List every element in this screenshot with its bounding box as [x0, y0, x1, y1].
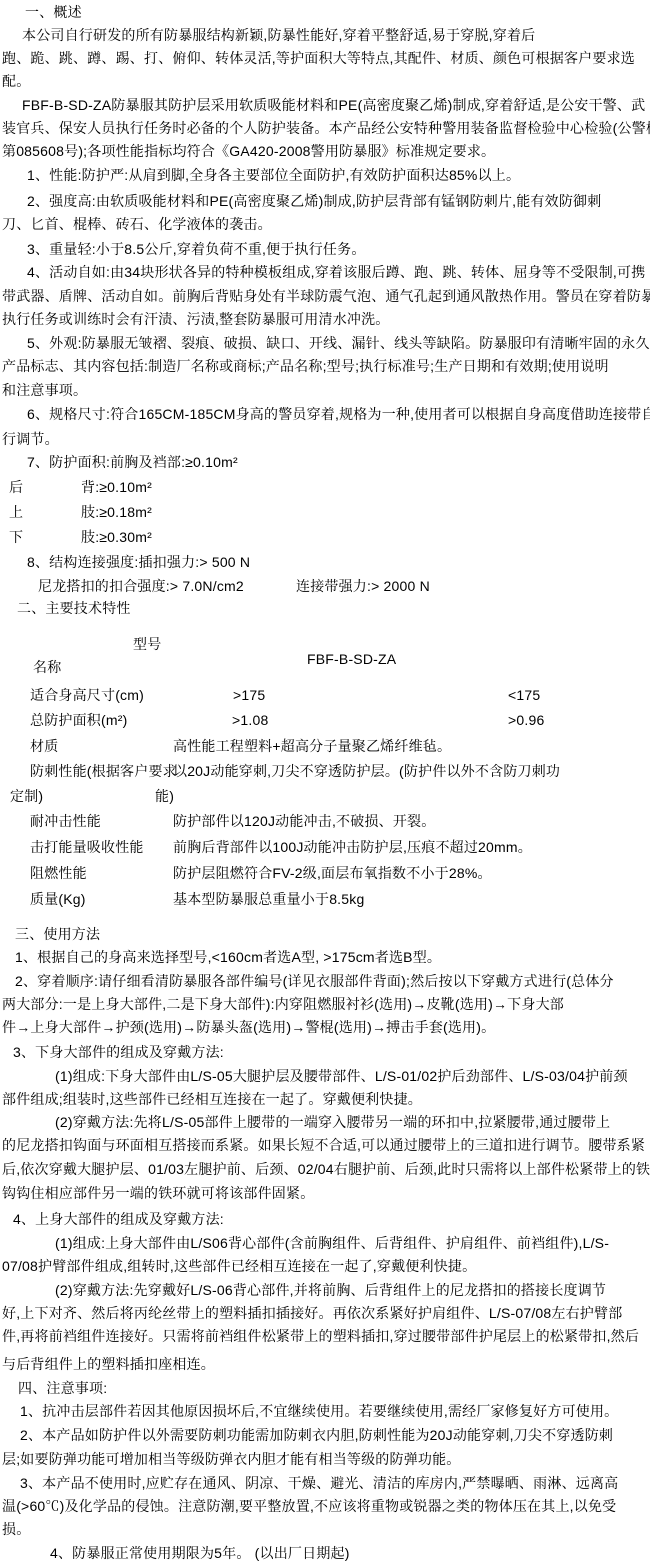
text-segment: (2)穿戴方法:先穿戴好L/S-06背心部件,并将前胸、后背组件上的尼龙搭扣的搭…: [55, 1281, 606, 1299]
text-line: 配。: [0, 72, 650, 92]
text-segment: (1)组成:上身大部件由L/S06背心部件(含前胸组件、后背组件、护肩组件、前裆…: [55, 1234, 609, 1252]
text-segment: 部件组成;组装时,这些部件已经相互连接在一起了。穿戴便利快捷。: [2, 1090, 422, 1108]
text-line: 钩钩住相应部件另一端的铁环就可将该部件固紧。: [0, 1184, 650, 1204]
text-segment: >1.08: [232, 711, 268, 729]
text-line: 2、穿着顺序:请仔细看清防暴服各部件编号(详见衣服部件背面);然后按以下穿戴方式…: [0, 972, 650, 992]
text-segment: 跑、跪、跳、蹲、踢、打、俯仰、转体灵活,等护面积大等特点,其配件、材质、颜色可根…: [2, 49, 635, 67]
text-segment: 钩钩住相应部件另一端的铁环就可将该部件固紧。: [2, 1184, 314, 1202]
text-line: 带武器、盾牌、活动自如。前胸后背贴身处有半球防震气泡、通气孔起到通风散热作用。警…: [0, 287, 650, 307]
text-segment: 二、主要技术特性: [17, 599, 131, 617]
text-line: 2、本产品如防护件以外需要防刺功能需加防刺衣内胆,防刺性能为20J动能穿刺,刀尖…: [0, 1426, 650, 1446]
text-segment: 适合身高尺寸(cm): [30, 686, 144, 704]
text-segment: (2)穿戴方法:先将L/S-05部件上腰带的一端穿入腰带另一端的环扣中,拉紧腰带…: [55, 1113, 610, 1131]
text-segment: 质量(Kg): [30, 890, 86, 908]
text-segment: 阻燃性能: [30, 864, 87, 882]
text-segment: 1、根据自己的身高来选择型号,<160cm者选A型, >175cm者选B型。: [15, 948, 441, 966]
text-segment: FBF-B-SD-ZA防暴服其防护层采用软质吸能材料和PE(高密度聚乙烯)制成,…: [22, 96, 645, 114]
text-segment: (1)组成:下身大部件由L/S-05大腿护层及腰带部件、L/S-01/02护后劲…: [55, 1067, 628, 1085]
text-line: 跑、跪、跳、蹲、踢、打、俯仰、转体灵活,等护面积大等特点,其配件、材质、颜色可根…: [0, 49, 650, 69]
text-line: 件,再将前裆组件连接好。只需将前裆组件松紧带上的塑料插扣,穿过腰带部件护尾层上的…: [0, 1327, 650, 1347]
text-segment: 基本型防暴服总重量小于8.5kg: [173, 890, 364, 908]
text-line: 1、根据自己的身高来选择型号,<160cm者选A型, >175cm者选B型。: [0, 948, 650, 968]
section-title-overview: 一、概述: [0, 3, 650, 23]
text-line: 4、上身大部件的组成及穿戴方法:: [0, 1210, 650, 1230]
text-line: 行调节。: [0, 430, 650, 450]
text-line: 3、下身大部件的组成及穿戴方法:: [0, 1043, 650, 1063]
text-line: 尼龙搭扣的扣合强度:> 7.0N/cm2连接带强力:> 2000 N: [0, 577, 650, 597]
text-line: FBF-B-SD-ZA防暴服其防护层采用软质吸能材料和PE(高密度聚乙烯)制成,…: [0, 96, 650, 116]
text-line: 产品标志、其内容包括:制造厂名称或商标;产品名称;型号;执行标准号;生产日期和有…: [0, 357, 650, 377]
text-segment: 带武器、盾牌、活动自如。前胸后背贴身处有半球防震气泡、通气孔起到通风散热作用。警…: [2, 287, 650, 305]
text-line: 上肢:≥0.18m²: [0, 503, 650, 523]
text-segment: <175: [508, 686, 540, 704]
text-line: 后,依次穿戴大腿护层、01/03左腿护前、后颈、02/04右腿护前、后颈,此时只…: [0, 1160, 650, 1180]
text-segment: 件→上身大部件→护颈(选用)→防暴头盔(选用)→警棍(选用)→搏击手套(选用)。: [2, 1018, 495, 1036]
text-line: (2)穿戴方法:先将L/S-05部件上腰带的一端穿入腰带另一端的环扣中,拉紧腰带…: [0, 1113, 650, 1133]
text-segment: 第085608号);各项性能指标均符合《GA420-2008警用防暴服》标准规定…: [2, 142, 495, 160]
text-segment: 的尼龙搭扣钩面与环面相互搭接而系紧。如果长短不合适,可以通过腰带上的三道扣进行调…: [2, 1136, 645, 1154]
spec-table-row: 质量(Kg)基本型防暴服总重量小于8.5kg: [0, 890, 650, 910]
text-segment: 材质: [30, 737, 58, 755]
text-segment: 产品标志、其内容包括:制造厂名称或商标;产品名称;型号;执行标准号;生产日期和有…: [2, 357, 609, 375]
text-segment: 背:≥0.10m²: [81, 478, 152, 496]
text-segment: 防刺性能(根据客户要求: [30, 762, 177, 780]
text-line: 2、强度高:由软质吸能材料和PE(高密度聚乙烯)制成,防护层背部有锰钢防刺片,能…: [0, 192, 650, 212]
text-line: 3、本产品不使用时,应贮存在通风、阴凉、干燥、避光、清洁的库房内,严禁曝晒、雨淋…: [0, 1474, 650, 1494]
spec-table-header-name: 名称: [0, 658, 650, 678]
text-segment: 7、防护面积:前胸及裆部:≥0.10m²: [27, 453, 238, 471]
text-segment: 尼龙搭扣的扣合强度:> 7.0N/cm2: [38, 577, 244, 595]
text-line: 3、重量轻:小于8.5公斤,穿着负荷不重,便于执行任务。: [0, 240, 650, 260]
text-line: (1)组成:上身大部件由L/S06背心部件(含前胸组件、后背组件、护肩组件、前裆…: [0, 1234, 650, 1254]
spec-table-row: 防刺性能(根据客户要求以20J动能穿刺,刀尖不穿透防护层。(防护件以外不含防刀刺…: [0, 762, 650, 782]
text-segment: 4、防暴服正常使用期限为5年。 (以出厂日期起): [50, 1544, 350, 1562]
text-segment: 耐冲击性能: [30, 812, 101, 830]
text-segment: 层;如要防弹功能可增加相当等级防弹衣内胆才能有相当等级的防弹功能。: [2, 1450, 461, 1468]
text-line: (1)组成:下身大部件由L/S-05大腿护层及腰带部件、L/S-01/02护后劲…: [0, 1067, 650, 1087]
spec-table-row: 适合身高尺寸(cm)>175<175: [0, 686, 650, 706]
text-segment: 后,依次穿戴大腿护层、01/03左腿护前、后颈、02/04右腿护前、后颈,此时只…: [2, 1160, 650, 1178]
text-segment: >175: [233, 686, 265, 704]
text-line: 1、抗冲击层部件若因其他原因损坏后,不宜继续使用。若要继续使用,需经厂家修复好方…: [0, 1402, 650, 1422]
text-line: 损。: [0, 1520, 650, 1540]
text-segment: 和注意事项。: [2, 381, 87, 399]
text-segment: 肢:≥0.18m²: [81, 503, 152, 521]
section-title-usage: 三、使用方法: [0, 925, 650, 945]
text-segment: 1、性能:防护严:从肩到脚,全身各主要部位全面防护,有效防护面积达85%以上。: [27, 166, 520, 184]
text-segment: >0.96: [508, 711, 544, 729]
text-segment: 总防护面积(m²): [30, 711, 127, 729]
text-segment: 与后背组件上的塑料插扣座相连。: [2, 1355, 215, 1373]
text-line: 执行任务或训练时会有汗渍、污渍,整套防暴服可用清水冲洗。: [0, 310, 650, 330]
text-segment: 温(>60℃)及化学品的侵蚀。注意防潮,要平整放置,不应该将重物或锐器之类的物体…: [2, 1497, 616, 1515]
text-line: 层;如要防弹功能可增加相当等级防弹衣内胆才能有相当等级的防弹功能。: [0, 1450, 650, 1470]
text-line: (2)穿戴方法:先穿戴好L/S-06背心部件,并将前胸、后背组件上的尼龙搭扣的搭…: [0, 1281, 650, 1301]
text-segment: 能): [155, 787, 174, 805]
text-segment: 07/08护臂部件组成,组转时,这些部件已经相互连接在一起了,穿戴便利快捷。: [2, 1257, 476, 1275]
text-line: 7、防护面积:前胸及裆部:≥0.10m²: [0, 453, 650, 473]
text-segment: 3、重量轻:小于8.5公斤,穿着负荷不重,便于执行任务。: [27, 240, 366, 258]
page: { "page": { "background": "#ffffff", "te…: [0, 0, 650, 1566]
spec-table-row: 耐冲击性能防护部件以120J动能冲击,不破损、开裂。: [0, 812, 650, 832]
text-segment: 执行任务或训练时会有汗渍、污渍,整套防暴服可用清水冲洗。: [2, 310, 390, 328]
text-line: 4、活动自如:由34块形状各异的特种模板组成,穿着该服后蹲、跑、跳、转体、屈身等…: [0, 263, 650, 283]
section-title-cautions: 四、注意事项:: [0, 1379, 650, 1399]
text-line: 两大部分:一是上身大部件,二是下身大部件):内穿阻燃服衬衫(选用)→皮靴(选用)…: [0, 995, 650, 1015]
spec-table-row: 定制)能): [0, 787, 650, 807]
text-segment: 8、结构连接强度:插扣强力:> 500 N: [27, 553, 250, 571]
text-segment: 2、本产品如防护件以外需要防刺功能需加防刺衣内胆,防刺性能为20J动能穿刺,刀尖…: [20, 1426, 613, 1444]
spec-table-row: 击打能量吸收性能前胸后背部件以100J动能冲击防护层,压痕不超过20mm。: [0, 838, 650, 858]
text-segment: 四、注意事项:: [18, 1379, 107, 1397]
text-segment: 后: [9, 478, 23, 496]
text-segment: 两大部分:一是上身大部件,二是下身大部件):内穿阻燃服衬衫(选用)→皮靴(选用)…: [2, 995, 564, 1013]
text-line: 4、防暴服正常使用期限为5年。 (以出厂日期起): [0, 1544, 650, 1564]
text-segment: 击打能量吸收性能: [30, 838, 144, 856]
text-line: 07/08护臂部件组成,组转时,这些部件已经相互连接在一起了,穿戴便利快捷。: [0, 1257, 650, 1277]
text-segment: 1、抗冲击层部件若因其他原因损坏后,不宜继续使用。若要继续使用,需经厂家修复好方…: [20, 1402, 618, 1420]
text-segment: 定制): [10, 787, 43, 805]
text-line: 后背:≥0.10m²: [0, 478, 650, 498]
section-title-technical-specs: 二、主要技术特性: [0, 599, 650, 619]
text-line: 部件组成;组装时,这些部件已经相互连接在一起了。穿戴便利快捷。: [0, 1090, 650, 1110]
text-segment: 防护部件以120J动能冲击,不破损、开裂。: [173, 812, 435, 830]
text-line: 8、结构连接强度:插扣强力:> 500 N: [0, 553, 650, 573]
text-segment: 2、穿着顺序:请仔细看清防暴服各部件编号(详见衣服部件背面);然后按以下穿戴方式…: [15, 972, 614, 990]
text-segment: 5、外观:防暴服无皱褶、裂痕、破损、缺口、开线、漏针、线头等缺陷。防暴服印有清晰…: [27, 334, 650, 352]
text-line: 刀、匕首、棍棒、砖石、化学液体的袭击。: [0, 215, 650, 235]
document-page: 一、概述本公司自行研发的所有防暴服结构新颖,防暴性能好,穿着平整舒适,易于穿脱,…: [0, 0, 650, 1566]
text-line: 的尼龙搭扣钩面与环面相互搭接而系紧。如果长短不合适,可以通过腰带上的三道扣进行调…: [0, 1136, 650, 1156]
spec-table-row: 阻燃性能防护层阻燃符合FV-2级,面层布氧指数不小于28%。: [0, 864, 650, 884]
text-line: 件→上身大部件→护颈(选用)→防暴头盔(选用)→警棍(选用)→搏击手套(选用)。: [0, 1018, 650, 1038]
text-segment: 上: [9, 503, 23, 521]
text-segment: 刀、匕首、棍棒、砖石、化学液体的袭击。: [2, 215, 272, 233]
text-segment: 前胸后背部件以100J动能冲击防护层,压痕不超过20mm。: [173, 838, 532, 856]
text-segment: 高性能工程塑料+超高分子量聚乙烯纤维毡。: [173, 737, 451, 755]
text-segment: 损。: [2, 1520, 30, 1538]
text-segment: 本公司自行研发的所有防暴服结构新颖,防暴性能好,穿着平整舒适,易于穿脱,穿着后: [22, 26, 535, 44]
text-segment: 装官兵、保安人员执行任务时必备的个人防护装备。本产品经公安特种警用装备监督检验中…: [2, 119, 650, 137]
text-segment: 好,上下对齐、然后将丙纶丝带上的塑料插扣插接好。再依次系紧好护肩组件、L/S-0…: [2, 1304, 622, 1322]
text-segment: 连接带强力:> 2000 N: [296, 577, 430, 595]
spec-table-row: 总防护面积(m²)>1.08>0.96: [0, 711, 650, 731]
text-line: 1、性能:防护严:从肩到脚,全身各主要部位全面防护,有效防护面积达85%以上。: [0, 166, 650, 186]
spec-table-row: 材质高性能工程塑料+超高分子量聚乙烯纤维毡。: [0, 737, 650, 757]
text-line: 本公司自行研发的所有防暴服结构新颖,防暴性能好,穿着平整舒适,易于穿脱,穿着后: [0, 26, 650, 46]
text-segment: 配。: [2, 72, 30, 90]
text-segment: 行调节。: [2, 430, 59, 448]
text-line: 和注意事项。: [0, 381, 650, 401]
text-line: 装官兵、保安人员执行任务时必备的个人防护装备。本产品经公安特种警用装备监督检验中…: [0, 119, 650, 139]
text-line: 与后背组件上的塑料插扣座相连。: [0, 1355, 650, 1375]
text-segment: 下: [9, 528, 23, 546]
text-line: 温(>60℃)及化学品的侵蚀。注意防潮,要平整放置,不应该将重物或锐器之类的物体…: [0, 1497, 650, 1517]
text-segment: 件,再将前裆组件连接好。只需将前裆组件松紧带上的塑料插扣,穿过腰带部件护尾层上的…: [2, 1327, 639, 1345]
text-segment: 3、本产品不使用时,应贮存在通风、阴凉、干燥、避光、清洁的库房内,严禁曝晒、雨淋…: [20, 1474, 618, 1492]
text-line: 下肢:≥0.30m²: [0, 528, 650, 548]
text-segment: 三、使用方法: [15, 925, 100, 943]
text-segment: 防护层阻燃符合FV-2级,面层布氧指数不小于28%。: [173, 864, 492, 882]
text-segment: 6、规格尺寸:符合165CM-185CM身高的警员穿着,规格为一种,使用者可以根…: [27, 405, 650, 423]
text-segment: 4、活动自如:由34块形状各异的特种模板组成,穿着该服后蹲、跑、跳、转体、屈身等…: [27, 263, 645, 281]
text-segment: 名称: [33, 658, 61, 676]
text-line: 第085608号);各项性能指标均符合《GA420-2008警用防暴服》标准规定…: [0, 142, 650, 162]
text-segment: 一、概述: [25, 3, 82, 21]
text-segment: 以20J动能穿刺,刀尖不穿透防护层。(防护件以外不含防刀刺功: [173, 762, 560, 780]
text-segment: 2、强度高:由软质吸能材料和PE(高密度聚乙烯)制成,防护层背部有锰钢防刺片,能…: [27, 192, 601, 210]
text-segment: 肢:≥0.30m²: [81, 528, 152, 546]
text-segment: 3、下身大部件的组成及穿戴方法:: [13, 1043, 224, 1061]
text-line: 6、规格尺寸:符合165CM-185CM身高的警员穿着,规格为一种,使用者可以根…: [0, 405, 650, 425]
text-line: 5、外观:防暴服无皱褶、裂痕、破损、缺口、开线、漏针、线头等缺陷。防暴服印有清晰…: [0, 334, 650, 354]
text-line: 好,上下对齐、然后将丙纶丝带上的塑料插扣插接好。再依次系紧好护肩组件、L/S-0…: [0, 1304, 650, 1324]
text-segment: 4、上身大部件的组成及穿戴方法:: [13, 1210, 224, 1228]
